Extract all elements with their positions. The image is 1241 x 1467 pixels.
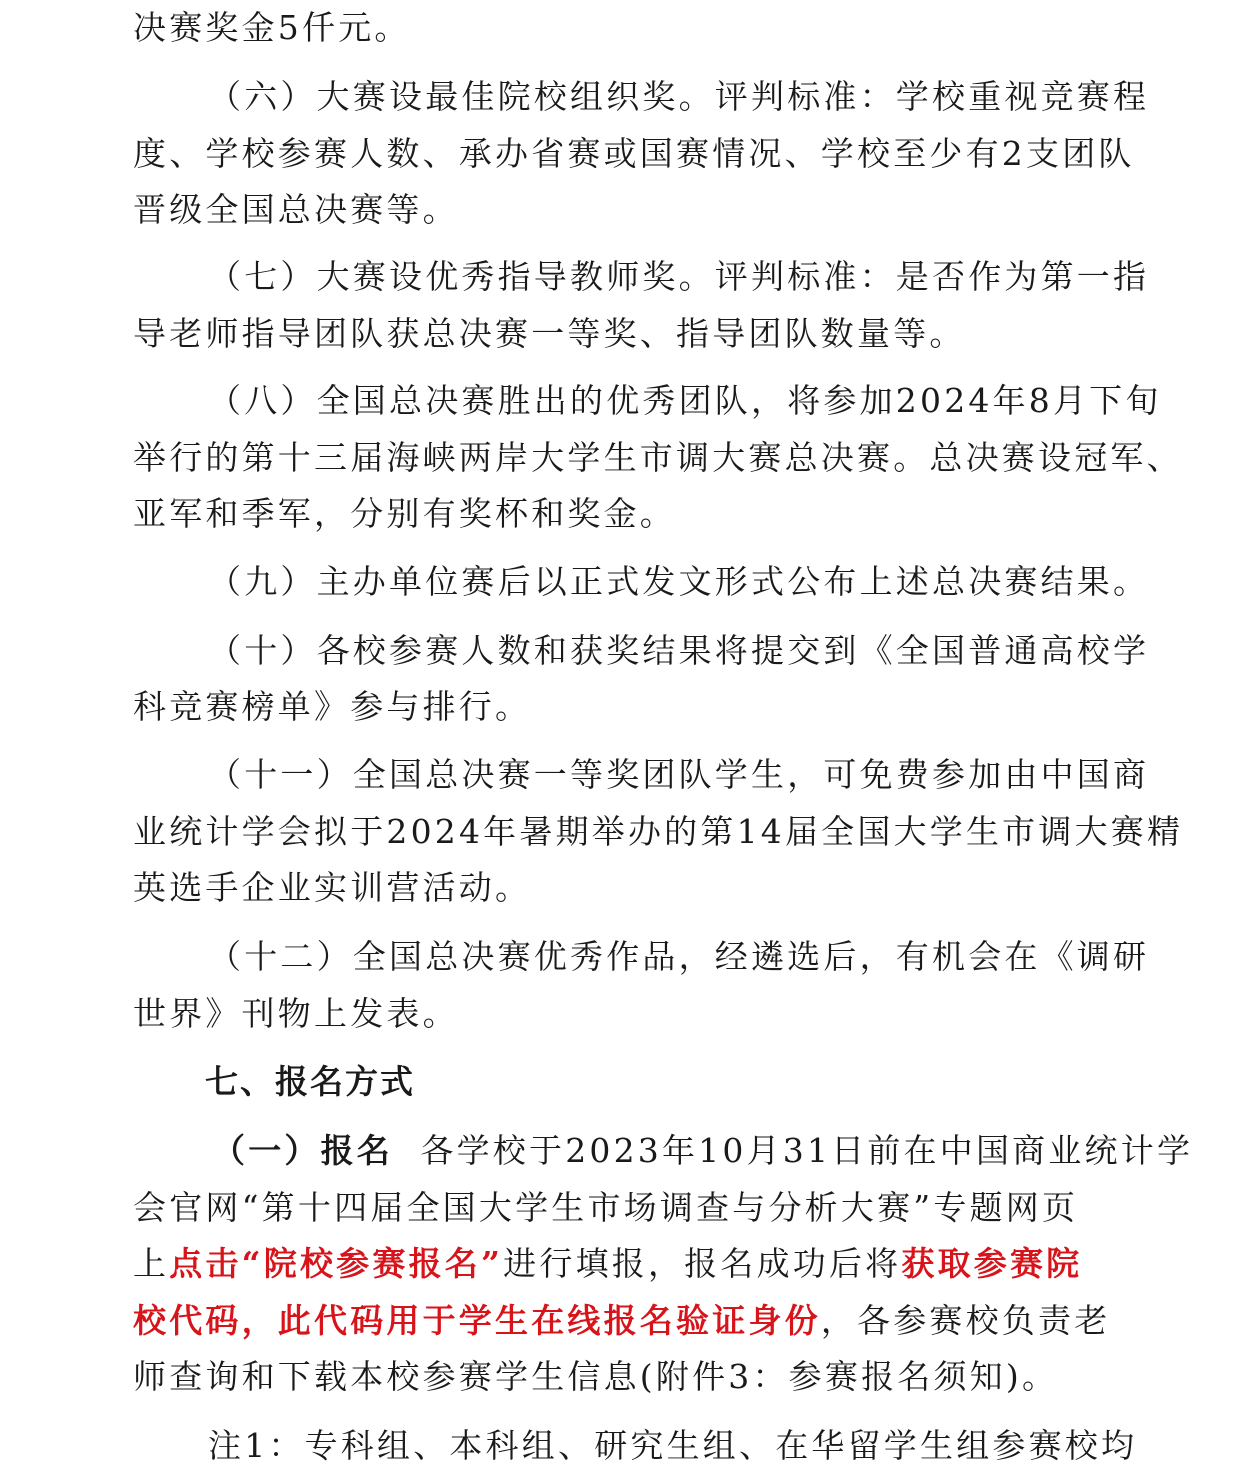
registration-line-4: 校代码，此代码用于学生在线报名验证身份，各参赛校负责老 [133, 1301, 1110, 1341]
text-line: （十二）全国总决赛优秀作品，经遴选后，有机会在《调研 [208, 937, 1149, 977]
text-line: 英选手企业实训营活动。 [133, 868, 531, 908]
text-span: 上 [133, 1244, 169, 1283]
highlight-red-text: 校代码，此代码用于学生在线报名验证身份 [133, 1301, 821, 1340]
text-line: （六）大赛设最佳院校组织奖。评判标准：学校重视竞赛程 [208, 77, 1149, 117]
registration-line-3: 上点击“院校参赛报名”进行填报，报名成功后将获取参赛院 [133, 1244, 1082, 1284]
text-line: （九）主办单位赛后以正式发文形式公布上述总决赛结果。 [208, 562, 1149, 602]
text-span: ，各参赛校负责老 [821, 1301, 1111, 1340]
text-line: 世界》刊物上发表。 [133, 994, 459, 1034]
text-span: 各学校于2023年10月31日前在中国商业统计学 [420, 1131, 1193, 1170]
note-line: 注1：专科组、本科组、研究生组、在华留学生组参赛校均 [208, 1426, 1137, 1466]
text-line: 举行的第十三届海峡两岸大学生市调大赛总决赛。总决赛设冠军、 [133, 438, 1183, 478]
text-line: （十）各校参赛人数和获奖结果将提交到《全国普通高校学 [208, 631, 1149, 671]
text-line: 度、学校参赛人数、承办省赛或国赛情况、学校至少有2支团队 [133, 134, 1135, 174]
registration-label: （一）报名 [212, 1131, 393, 1170]
text-line: （十一）全国总决赛一等奖团队学生，可免费参加由中国商 [208, 755, 1149, 795]
text-line: 导老师指导团队获总决赛一等奖、指导团队数量等。 [133, 314, 966, 354]
text-line: （八）全国总决赛胜出的优秀团队，将参加2024年8月下旬 [208, 381, 1162, 421]
text-line: 业统计学会拟于2024年暑期举办的第14届全国大学生市调大赛精 [133, 812, 1183, 852]
text-line: 师查询和下载本校参赛学生信息(附件3：参赛报名须知)。 [133, 1357, 1058, 1397]
text-span: 进行填报，报名成功后将 [503, 1244, 901, 1283]
highlight-red-text: 点击“院校参赛报名” [169, 1244, 503, 1283]
text-line: 科竞赛榜单》参与排行。 [133, 687, 531, 727]
text-line: 晋级全国总决赛等。 [133, 190, 459, 230]
section-heading: 七、报名方式 [205, 1062, 415, 1102]
text-line: 决赛奖金5仟元。 [133, 8, 411, 48]
text-line: 亚军和季军，分别有奖杯和奖金。 [133, 494, 676, 534]
text-line: （七）大赛设优秀指导教师奖。评判标准：是否作为第一指 [208, 257, 1149, 297]
highlight-red-text: 获取参赛院 [901, 1244, 1082, 1283]
registration-line-1: （一）报名 各学校于2023年10月31日前在中国商业统计学 [212, 1131, 1193, 1171]
text-line: 会官网“第十四届全国大学生市场调查与分析大赛”专题网页 [133, 1188, 1078, 1228]
